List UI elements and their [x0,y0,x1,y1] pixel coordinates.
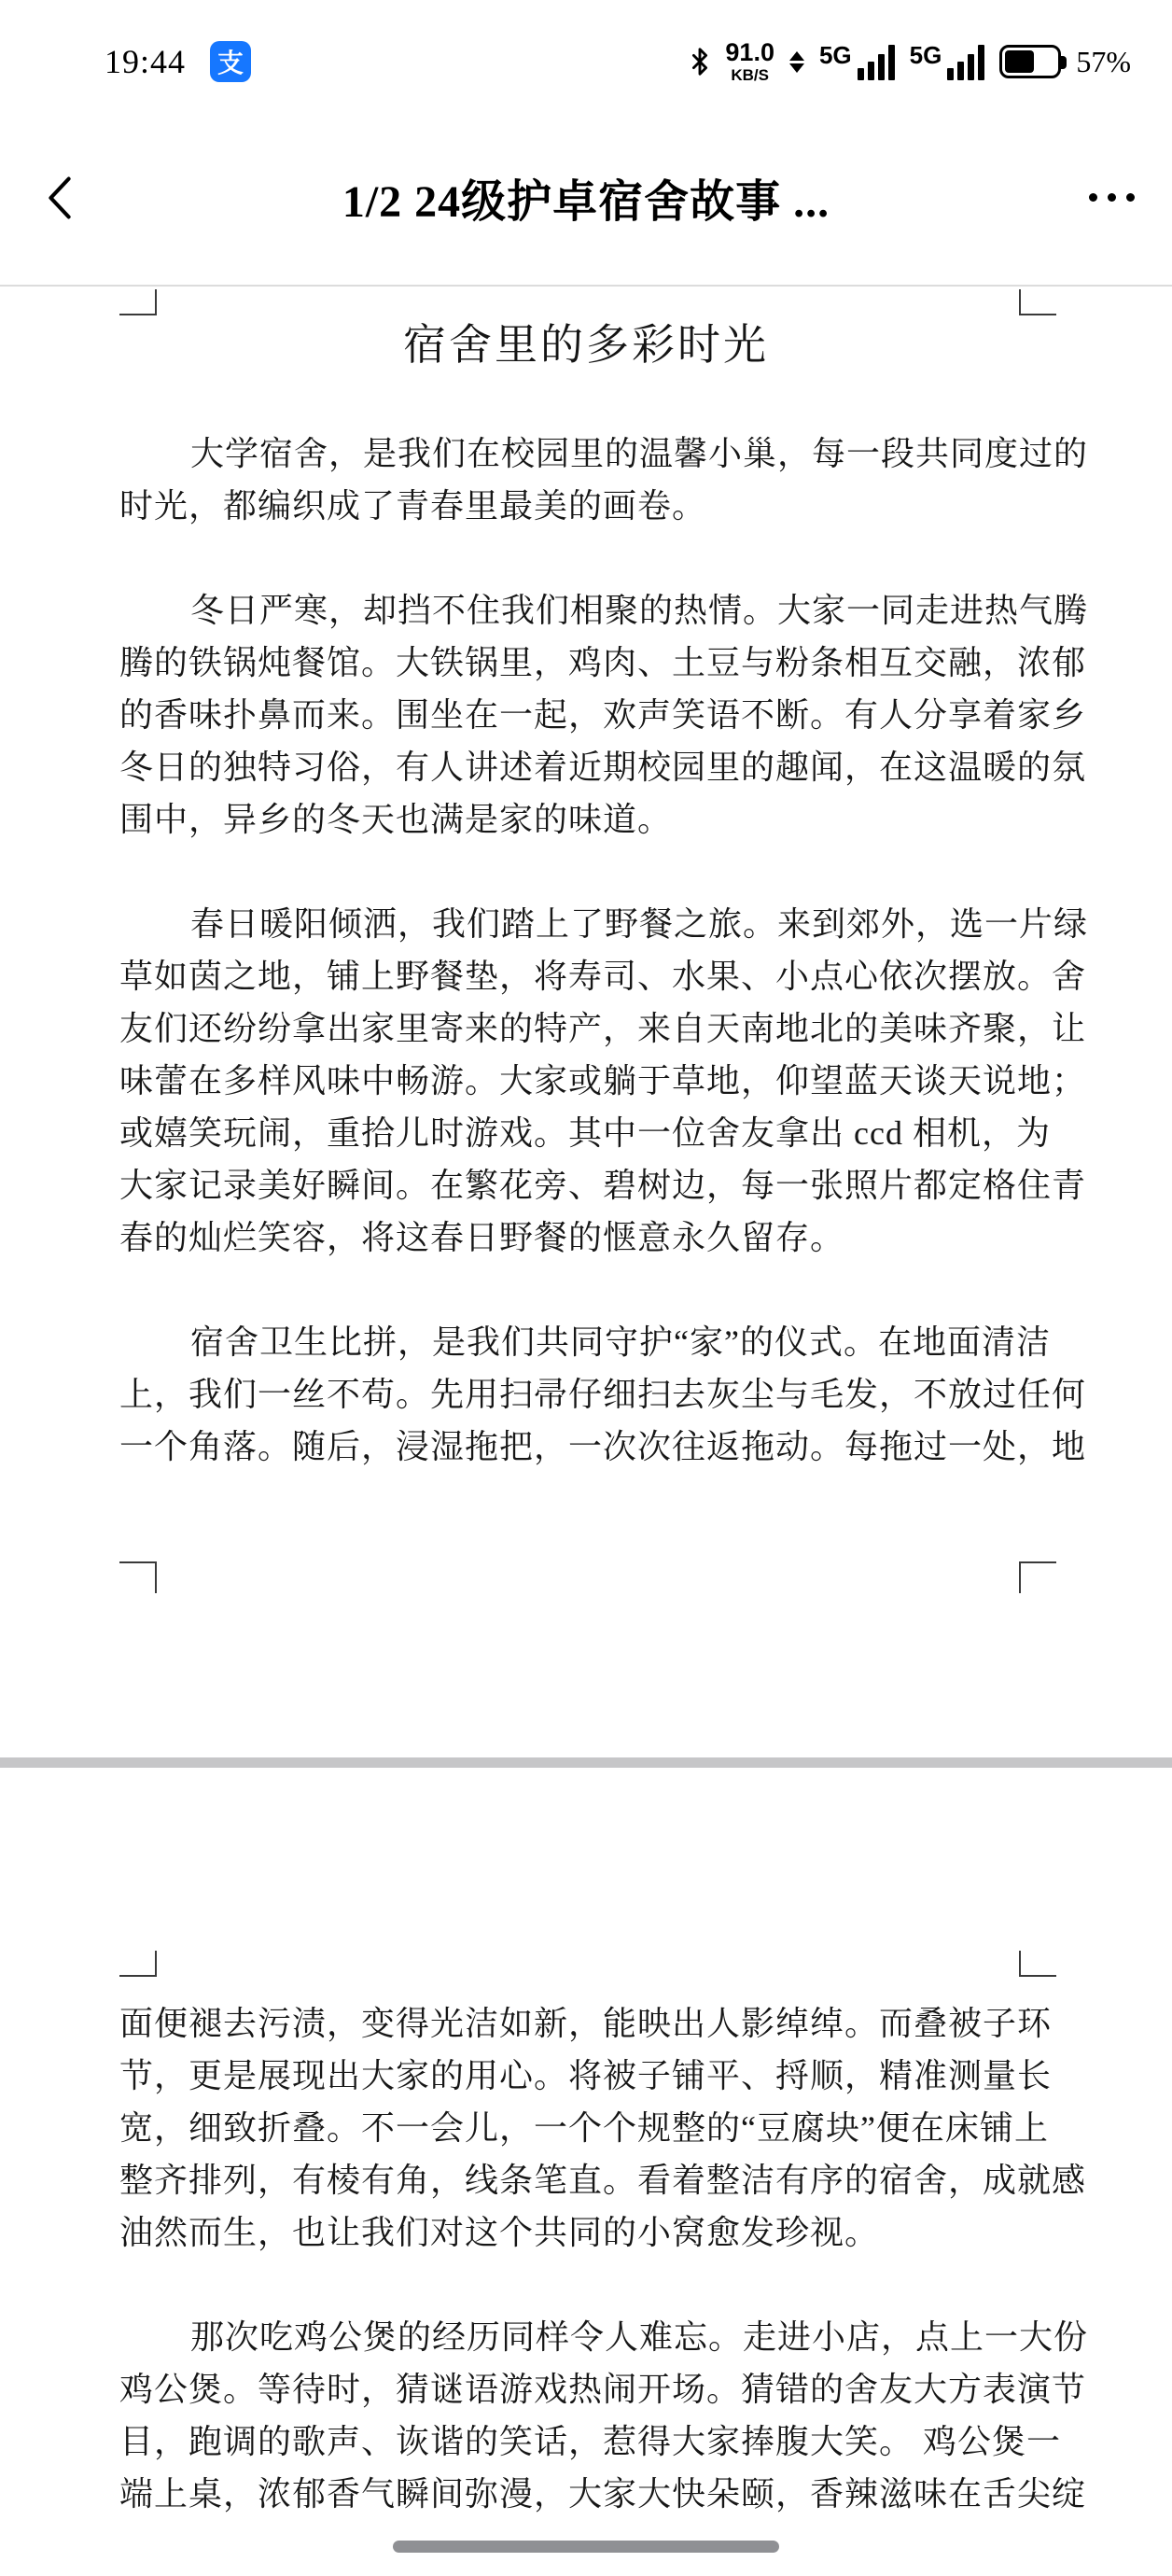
document-text-line: 油然而生，也让我们对这个共同的小窝愈发珍视。 [119,2206,1062,2259]
data-transfer-arrows-icon [789,51,804,73]
margin-crop-mark [1019,1561,1056,1593]
document-text-line: 目，跑调的歌声、诙谐的笑话，惹得大家捧腹大笑。 鸡公煲一 [119,2415,1062,2468]
document-text-line: 宽，细致折叠。不一会儿，一个个规整的“豆腐块”便在床铺上 [119,2102,1062,2154]
document-text-line: 冬日严寒，却挡不住我们相聚的热情。大家一同走进热气腾 [119,584,1062,637]
document-text-line: 上，我们一丝不苟。先用扫帚仔细扫去灰尘与毛发，不放过任何 [119,1368,1062,1421]
document-text-line: 端上桌，浓郁香气瞬间弥漫，大家大快朵颐，香辣滋味在舌尖绽 [119,2468,1062,2520]
sim2-signal: 5G [910,43,985,80]
document-page-1: 宿舍里的多彩时光 大学宿舍，是我们在校园里的温馨小巢，每一段共同度过的时光，都编… [0,287,1172,1757]
sim1-signal: 5G [819,43,895,80]
document-text-line: 那次吃鸡公煲的经历同样令人难忘。走进小店，点上一大份 [119,2311,1062,2363]
chevron-left-icon [44,175,76,220]
clock-time: 19:44 [105,42,186,81]
document-text-line: 的香味扑鼻而来。围坐在一起，欢声笑语不断。有人分享着家乡 [119,689,1062,741]
margin-crop-mark [1019,1951,1056,1977]
document-text-line: 面便褪去污渍，变得光洁如新，能映出人影绰绰。而叠被子环 [119,1997,1062,2050]
document-text-line: 草如茵之地，铺上野餐垫，将寿司、水果、小点心依次摆放。舍 [119,950,1062,1002]
back-button[interactable] [37,172,82,224]
document-text-line: 或嬉笑玩闹，重拾儿时游戏。其中一位舍友拿出 ccd 相机，为 [119,1107,1062,1159]
network-speed-value: 91.0 [725,40,774,65]
network-speed: 91.0 KB/S [725,40,774,83]
document-text-line: 时光，都编织成了青春里最美的画卷。 [119,480,1062,532]
document-text-line: 腾的铁锅炖餐馆。大铁锅里，鸡肉、土豆与粉条相互交融，浓郁 [119,637,1062,689]
alipay-notification-icon: 支 [210,41,251,82]
margin-crop-mark [119,1951,157,1977]
document-text-line: 围中，异乡的冬天也满是家的味道。 [119,793,1062,846]
network-speed-unit: KB/S [731,67,769,83]
bluetooth-icon [690,46,710,77]
status-bar: 19:44 支 91.0 KB/S 5G 5G 57% [0,0,1172,110]
document-text-line: 冬日的独特习俗，有人讲述着近期校园里的趣闻，在这温暖的氛 [119,741,1062,793]
document-text-line: 大家记录美好瞬间。在繁花旁、碧树边，每一张照片都定格住青 [119,1159,1062,1211]
document-title-with-page-indicator: 1/2 24级护卓宿舍故事 ... [0,165,1172,230]
battery-percent: 57% [1076,45,1131,79]
margin-crop-mark [119,1561,157,1593]
page2-text-body: 面便褪去污渍，变得光洁如新，能映出人影绰绰。而叠被子环节，更是展现出大家的用心。… [119,1997,1062,2520]
page1-text-body: 大学宿舍，是我们在校园里的温馨小巢，每一段共同度过的时光，都编织成了青春里最美的… [119,427,1062,1473]
title-bar: 1/2 24级护卓宿舍故事 ... [0,110,1172,287]
sim1-network-type: 5G [819,43,852,67]
sim2-network-type: 5G [910,43,942,67]
document-text-line: 宿舍卫生比拼，是我们共同守护“家”的仪式。在地面清洁 [119,1316,1062,1368]
document-text-line: 春的灿烂笑容，将这春日野餐的惬意永久留存。 [119,1211,1062,1264]
ellipsis-icon [1089,193,1097,202]
document-text-line: 大学宿舍，是我们在校园里的温馨小巢，每一段共同度过的 [119,427,1062,480]
document-text-line: 一个角落。随后，浸湿拖把，一次次往返拖动。每拖过一处，地 [119,1421,1062,1473]
more-options-button[interactable] [1089,172,1135,224]
document-text-line: 鸡公煲。等待时，猜谜语游戏热闹开场。猜错的舍友大方表演节 [119,2363,1062,2415]
document-heading: 宿舍里的多彩时光 [0,311,1172,372]
document-scroll-area[interactable]: 宿舍里的多彩时光 大学宿舍，是我们在校园里的温馨小巢，每一段共同度过的时光，都编… [0,287,1172,2576]
document-text-line: 友们还纷纷拿出家里寄来的特产，来自天南地北的美味齐聚，让 [119,1002,1062,1055]
document-text-line: 春日暖阳倾洒，我们踏上了野餐之旅。来到郊外，选一片绿 [119,898,1062,950]
document-text-line: 味蕾在多样风味中畅游。大家或躺于草地，仰望蓝天谈天说地； [119,1055,1062,1107]
document-text-line: 节，更是展现出大家的用心。将被子铺平、捋顺，精准测量长 [119,2050,1062,2102]
page-break-separator [0,1757,1172,1768]
document-page-2: 面便褪去污渍，变得光洁如新，能映出人影绰绰。而叠被子环节，更是展现出大家的用心。… [0,1768,1172,2576]
sim2-signal-bars-icon [947,43,984,80]
document-text-line: 整齐排列，有棱有角，线条笔直。看着整洁有序的宿舍，成就感 [119,2154,1062,2206]
home-gesture-indicator[interactable] [393,2541,779,2553]
sim1-signal-bars-icon [858,43,895,80]
battery-icon [999,45,1061,78]
